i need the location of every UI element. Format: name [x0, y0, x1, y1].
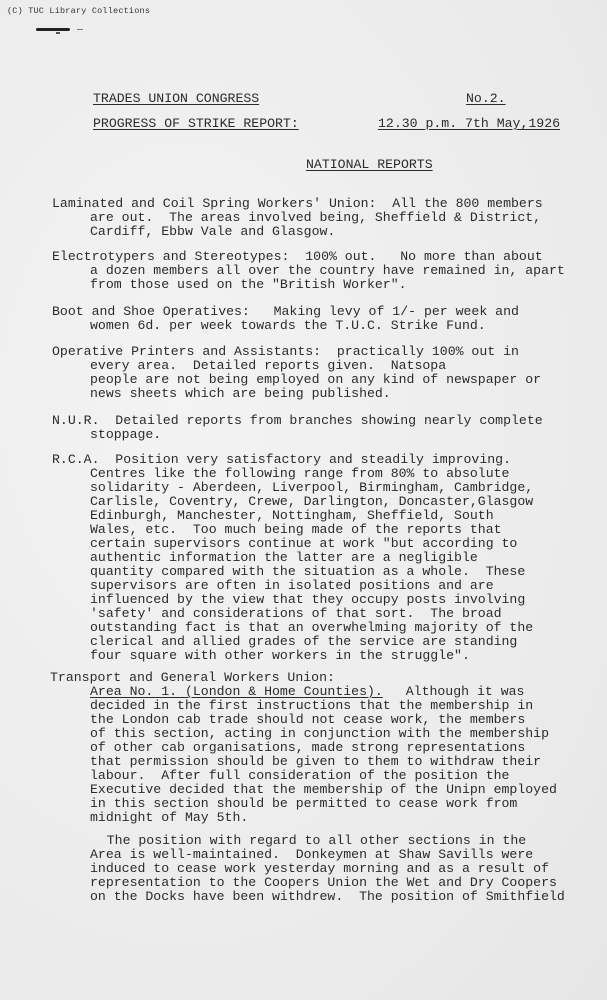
text-line: that permission should be given to them …	[90, 755, 541, 769]
text-line: news sheets which are being published.	[90, 387, 391, 401]
report-number: No.2.	[466, 92, 506, 106]
text-line: the London cab trade should not cease wo…	[90, 713, 525, 727]
ink-mark	[56, 32, 60, 34]
report-title: PROGRESS OF STRIKE REPORT:	[93, 117, 299, 131]
text-line: labour. After full consideration of the …	[90, 769, 509, 783]
text-line: Electrotypers and Stereotypes: 100% out.…	[52, 250, 543, 264]
text-line: on the Docks have been withdrew. The pos…	[90, 890, 565, 904]
report-datetime: 12.30 p.m. 7th May,1926	[378, 117, 560, 131]
text-line: quantity compared with the situation as …	[90, 565, 525, 579]
text-line: N.U.R. Detailed reports from branches sh…	[52, 414, 543, 428]
text-line: four square with other workers in the st…	[90, 649, 470, 663]
text-line: a dozen members all over the country hav…	[90, 264, 565, 278]
text-line: induced to cease work yesterday morning …	[90, 862, 549, 876]
text-line: Laminated and Coil Spring Workers' Union…	[52, 197, 543, 211]
text-line: clerical and allied grades of the servic…	[90, 635, 517, 649]
text-line: Centres like the following range from 80…	[90, 467, 509, 481]
section-title: NATIONAL REPORTS	[306, 158, 433, 172]
text-line: supervisors are often in isolated positi…	[90, 579, 494, 593]
text-line: The position with regard to all other se…	[83, 834, 526, 848]
text-line: in this section should be permitted to c…	[90, 797, 517, 811]
text-line: influenced by the view that they occupy …	[90, 593, 525, 607]
document-page: (C) TUC Library Collections TRADES UNION…	[0, 0, 607, 1000]
text-line: women 6d. per week towards the T.U.C. St…	[90, 319, 486, 333]
text-line: Wales, etc. Too much being made of the r…	[90, 523, 502, 537]
text-line: R.C.A. Position very satisfactory and st…	[52, 453, 511, 467]
text-line: of this section, acting in conjunction w…	[90, 727, 549, 741]
text-line: authentic information the latter are a n…	[90, 551, 478, 565]
ink-mark	[36, 28, 70, 31]
text-line: are out. The areas involved being, Sheff…	[90, 211, 541, 225]
union-heading: Transport and General Workers Union:	[50, 671, 335, 685]
text-line: people are not being employed on any kin…	[90, 373, 541, 387]
text-line: certain supervisors continue at work "bu…	[90, 537, 517, 551]
text-line: Although it was	[382, 685, 524, 699]
copyright-watermark: (C) TUC Library Collections	[7, 6, 150, 16]
text-line: midnight of May 5th.	[90, 811, 248, 825]
org-title: TRADES UNION CONGRESS	[93, 92, 259, 106]
text-line: Cardiff, Ebbw Vale and Glasgow.	[90, 225, 335, 239]
text-line: Operative Printers and Assistants: pract…	[52, 345, 519, 359]
text-line: Edinburgh, Manchester, Nottingham, Sheff…	[90, 509, 494, 523]
text-line: Boot and Shoe Operatives: Making levy of…	[52, 305, 519, 319]
text-line: representation to the Coopers Union the …	[90, 876, 557, 890]
text-line: of other cab organisations, made strong …	[90, 741, 525, 755]
area-subheading: Area No. 1. (London & Home Counties).	[90, 685, 383, 699]
text-line: outstanding fact is that an overwhelming…	[90, 621, 533, 635]
text-line: 'safety' and considerations of that sort…	[90, 607, 502, 621]
text-line: decided in the first instructions that t…	[90, 699, 533, 713]
text-line: solidarity - Aberdeen, Liverpool, Birmin…	[90, 481, 533, 495]
text-line: every area. Detailed reports given. Nats…	[90, 359, 446, 373]
ink-mark	[77, 29, 83, 30]
text-line: stoppage.	[90, 428, 161, 442]
text-line: Area is well-maintained. Donkeymen at Sh…	[90, 848, 533, 862]
text-line: Carlisle, Coventry, Crewe, Darlington, D…	[90, 495, 533, 509]
text-line: Executive decided that the membership of…	[90, 783, 557, 797]
text-line: from those used on the "British Worker".	[90, 278, 407, 292]
